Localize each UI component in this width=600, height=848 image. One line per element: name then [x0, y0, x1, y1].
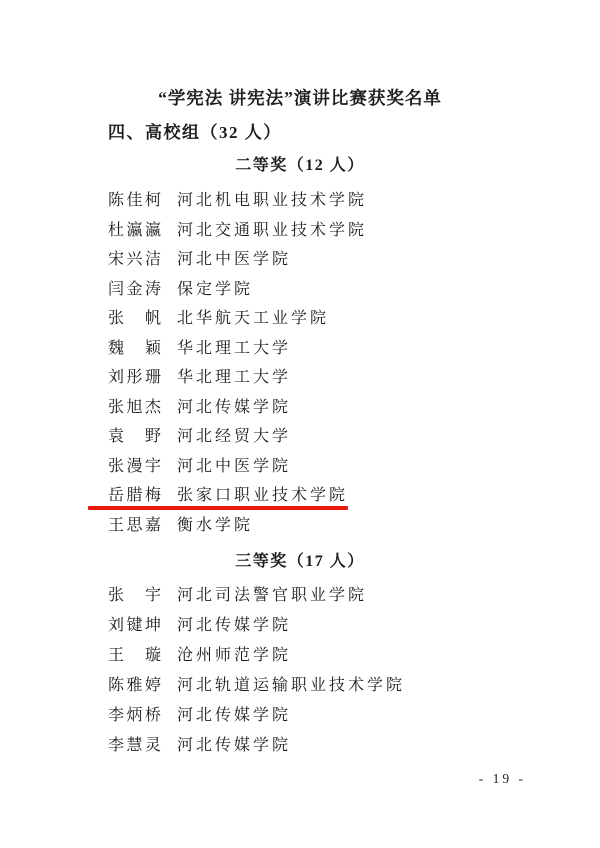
winner-name: 李炳桥 [108, 702, 166, 725]
winner-name: 张旭杰 [108, 394, 166, 417]
winner-name: 张 帆 [108, 305, 166, 328]
winner-school: 河北传媒学院 [177, 702, 291, 725]
winner-name: 岳腊梅 [108, 482, 166, 505]
winner-row-highlighted: 岳腊梅 张家口职业技术学院 [108, 479, 600, 509]
winner-school: 河北轨道运输职业技术学院 [177, 672, 405, 695]
winner-row: 李慧灵 河北传媒学院 [108, 728, 600, 758]
section-heading-third-prize: 三等奖（17 人） [0, 550, 600, 574]
winner-name: 陈雅婷 [108, 672, 166, 695]
winner-row: 王 璇 沧州师范学院 [108, 638, 600, 668]
winner-school: 张家口职业技术学院 [177, 482, 348, 505]
winner-name: 张 宇 [108, 582, 166, 605]
second-prize-list: 陈佳柯 河北机电职业技术学院 杜瀛瀛 河北交通职业技术学院 宋兴洁 河北中医学院… [0, 184, 600, 538]
winner-school: 北华航天工业学院 [177, 305, 329, 328]
winner-row: 张旭杰 河北传媒学院 [108, 391, 600, 421]
winner-name: 魏 颖 [108, 335, 166, 358]
winner-row: 张 宇 河北司法警官职业学院 [108, 578, 600, 608]
winner-school: 河北交通职业技术学院 [177, 217, 367, 240]
winner-school: 河北传媒学院 [177, 394, 291, 417]
winner-name: 陈佳柯 [108, 187, 166, 210]
winner-school: 华北理工大学 [177, 364, 291, 387]
winner-row: 袁 野 河北经贸大学 [108, 420, 600, 450]
winner-row: 王思嘉 衡水学院 [108, 509, 600, 539]
winner-row: 刘彤珊 华北理工大学 [108, 361, 600, 391]
winner-school: 河北中医学院 [177, 246, 291, 269]
winner-name: 闫金涛 [108, 276, 166, 299]
winner-row: 陈佳柯 河北机电职业技术学院 [108, 184, 600, 214]
winner-name: 王思嘉 [108, 512, 166, 535]
winner-school: 衡水学院 [177, 512, 253, 535]
winner-name: 张漫宇 [108, 453, 166, 476]
winner-row: 张 帆 北华航天工业学院 [108, 302, 600, 332]
winner-school: 河北中医学院 [177, 453, 291, 476]
winner-name: 袁 野 [108, 423, 166, 446]
winner-row: 张漫宇 河北中医学院 [108, 450, 600, 480]
winner-school: 河北司法警官职业学院 [177, 582, 367, 605]
winner-school: 河北传媒学院 [177, 612, 291, 635]
winner-name: 宋兴洁 [108, 246, 166, 269]
winner-row: 杜瀛瀛 河北交通职业技术学院 [108, 214, 600, 244]
winner-row: 魏 颖 华北理工大学 [108, 332, 600, 362]
winner-row: 宋兴洁 河北中医学院 [108, 243, 600, 273]
group-heading: 四、高校组（32 人） [108, 121, 600, 145]
third-prize-list: 张 宇 河北司法警官职业学院 刘键坤 河北传媒学院 王 璇 沧州师范学院 陈雅婷… [0, 578, 600, 758]
winner-school: 保定学院 [177, 276, 253, 299]
winner-row: 闫金涛 保定学院 [108, 273, 600, 303]
winner-school: 华北理工大学 [177, 335, 291, 358]
winner-school: 河北机电职业技术学院 [177, 187, 367, 210]
winner-school: 河北传媒学院 [177, 732, 291, 755]
winner-row: 陈雅婷 河北轨道运输职业技术学院 [108, 668, 600, 698]
winner-name: 刘彤珊 [108, 364, 166, 387]
winner-name: 李慧灵 [108, 732, 166, 755]
document-page: “学宪法 讲宪法”演讲比赛获奖名单 四、高校组（32 人） 二等奖（12 人） … [0, 0, 600, 848]
winner-row: 李炳桥 河北传媒学院 [108, 698, 600, 728]
winner-name: 王 璇 [108, 642, 166, 665]
winner-school: 沧州师范学院 [177, 642, 291, 665]
document-title: “学宪法 讲宪法”演讲比赛获奖名单 [0, 0, 600, 110]
winner-name: 杜瀛瀛 [108, 217, 166, 240]
winner-row: 刘键坤 河北传媒学院 [108, 608, 600, 638]
winner-name: 刘键坤 [108, 612, 166, 635]
winner-school: 河北经贸大学 [177, 423, 291, 446]
section-heading-second-prize: 二等奖（12 人） [0, 154, 600, 178]
page-number: - 19 - [479, 771, 526, 787]
